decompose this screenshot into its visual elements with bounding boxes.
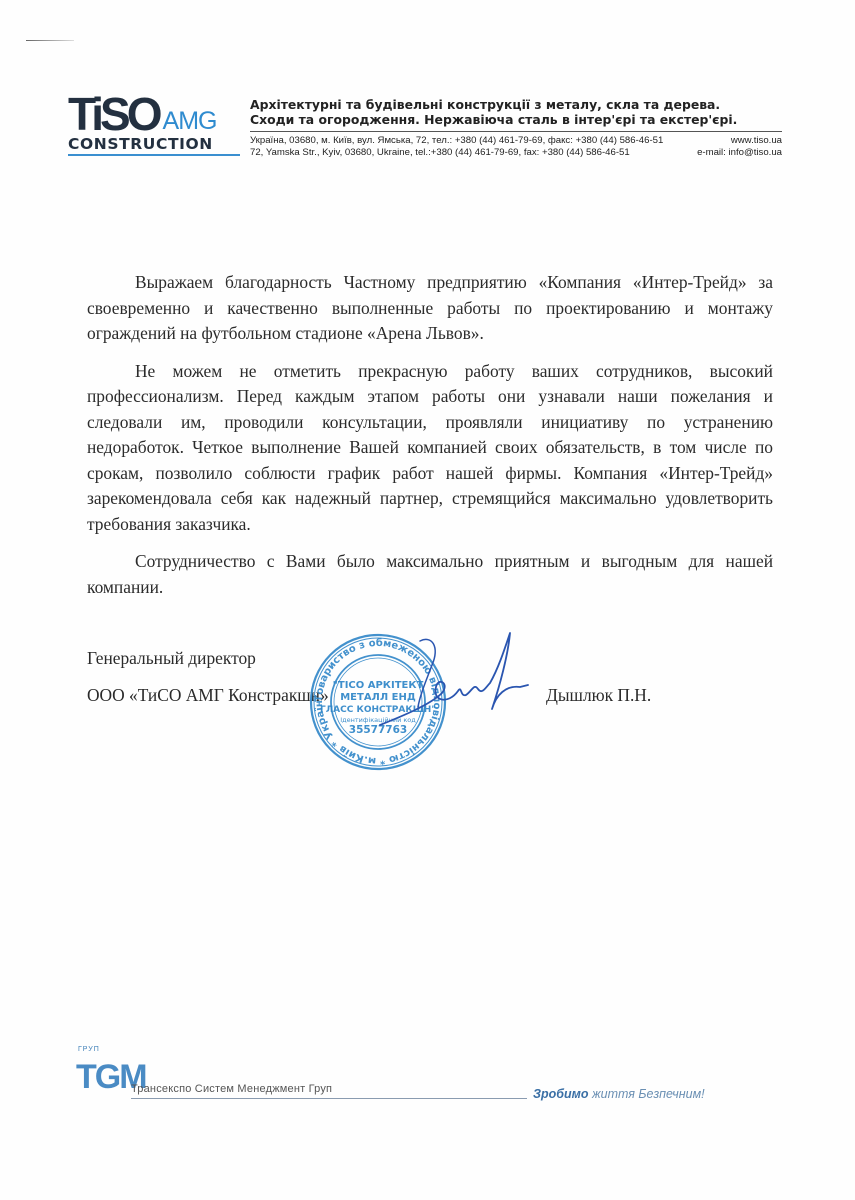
email: e-mail: info@tiso.ua [697,147,782,159]
contact-row-en: 72, Yamska Str., Kyiv, 03680, Ukraine, t… [250,147,782,159]
tiso-amg-logo: TiSO AMG CONSTRUCTION [68,94,240,156]
paragraph-2: Не можем не отметить прекрасную работу в… [87,359,773,538]
logo-tiso-text: TiSO [68,94,159,134]
paragraph-3: Сотрудничество с Вами было максимально п… [87,549,773,600]
slogan-bold: Зробимо [533,1087,589,1101]
address-ua: Україна, 03680, м. Київ, вул. Ямська, 72… [250,135,663,147]
tgm-logo: ГРУП TGM [76,1046,126,1110]
handwritten-signature-icon [370,625,530,735]
letter-page: TiSO AMG CONSTRUCTION Архітектурні та бу… [0,0,855,1200]
letter-body: Выражаем благодарность Частному предприя… [87,270,773,612]
signatory-title: Генеральный директор [87,648,256,669]
address-en: 72, Yamska Str., Kyiv, 03680, Ukraine, t… [250,147,630,159]
signatory-company: ООО «ТиСО АМГ Констракшн» [87,685,329,706]
footer-divider [131,1098,527,1099]
logo-underline [68,154,240,156]
slogan-rest: життя Безпечним! [589,1087,705,1101]
footer-slogan: Зробимо життя Безпечним! [533,1087,705,1101]
tagline-line-1: Архітектурні та будівельні конструкції з… [250,97,782,112]
logo-construction-text: CONSTRUCTION [68,135,213,153]
website: www.tiso.ua [731,135,782,147]
logo-amg-text: AMG [163,108,217,134]
tagline-line-2: Сходи та огородження. Нержавіюча сталь в… [250,112,782,127]
letterhead: Архітектурні та будівельні конструкції з… [250,97,782,159]
scan-artifact [26,40,74,41]
paragraph-1: Выражаем благодарность Частному предприя… [87,270,773,347]
letterhead-divider [250,131,782,132]
footer-company-name: Трансекспо Систем Менеджмент Груп [131,1083,332,1095]
tgm-group-label: ГРУП [78,1046,100,1053]
signatory-name: Дышлюк П.Н. [546,685,651,706]
contact-row-ua: Україна, 03680, м. Київ, вул. Ямська, 72… [250,135,782,147]
